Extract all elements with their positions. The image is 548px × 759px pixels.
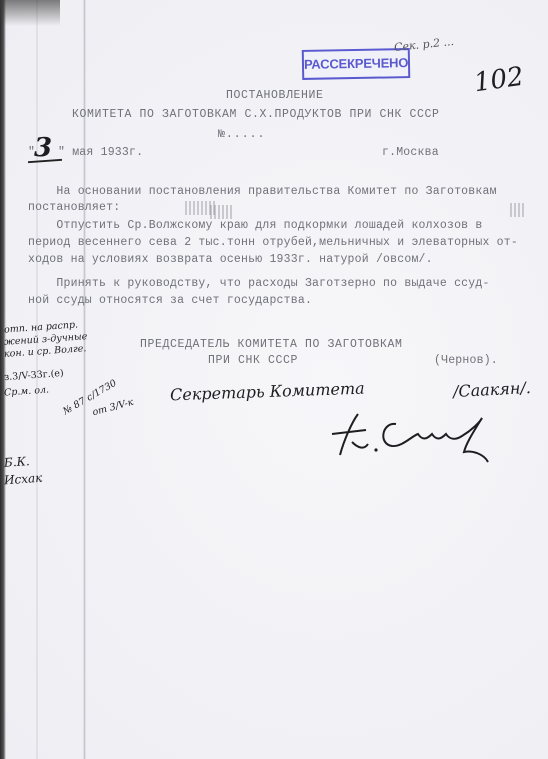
body-line: Отпустить Ср.Волжскому краю для подкормк…: [28, 219, 482, 232]
date-day: 3: [34, 133, 52, 163]
document-title: ПОСТАНОВЛЕНИЕ: [226, 89, 324, 102]
secretary-name: /Саакян/.: [453, 378, 532, 401]
binding-smudge: [0, 0, 60, 26]
body-line: ходов на условиях возврата осенью 1933г.…: [28, 253, 433, 266]
margin-note: Б.К.: [4, 454, 31, 470]
chairman-title: ПРИ СНК СССР: [208, 354, 298, 367]
margin-note: Исхак: [4, 471, 43, 488]
place: г.Москва: [382, 146, 439, 159]
chairman-name: (Чернов).: [434, 354, 498, 367]
signature: [322, 400, 522, 470]
redaction-mark: [210, 205, 232, 219]
document-number: №.....: [218, 128, 265, 141]
body-line: постановляет:: [28, 201, 120, 214]
redaction-mark: [510, 203, 524, 217]
chairman-title: ПРЕДСЕДАТЕЛЬ КОМИТЕТА ПО ЗАГОТОВКАМ: [140, 338, 403, 351]
body-line: На основании постановления правительства…: [28, 185, 497, 198]
body-line: период весеннего сева 2 тыс.тонн отрубей…: [28, 236, 518, 249]
document-subtitle: КОМИТЕТА ПО ЗАГОТОВКАМ С.Х.ПРОДУКТОВ ПРИ…: [72, 108, 440, 121]
date-month-year: " мая 1933г.: [58, 146, 143, 159]
body-line: ной ссуды относятся за счет государства.: [28, 294, 312, 307]
body-line: Принять к руководству, что расходы Загот…: [28, 277, 490, 290]
